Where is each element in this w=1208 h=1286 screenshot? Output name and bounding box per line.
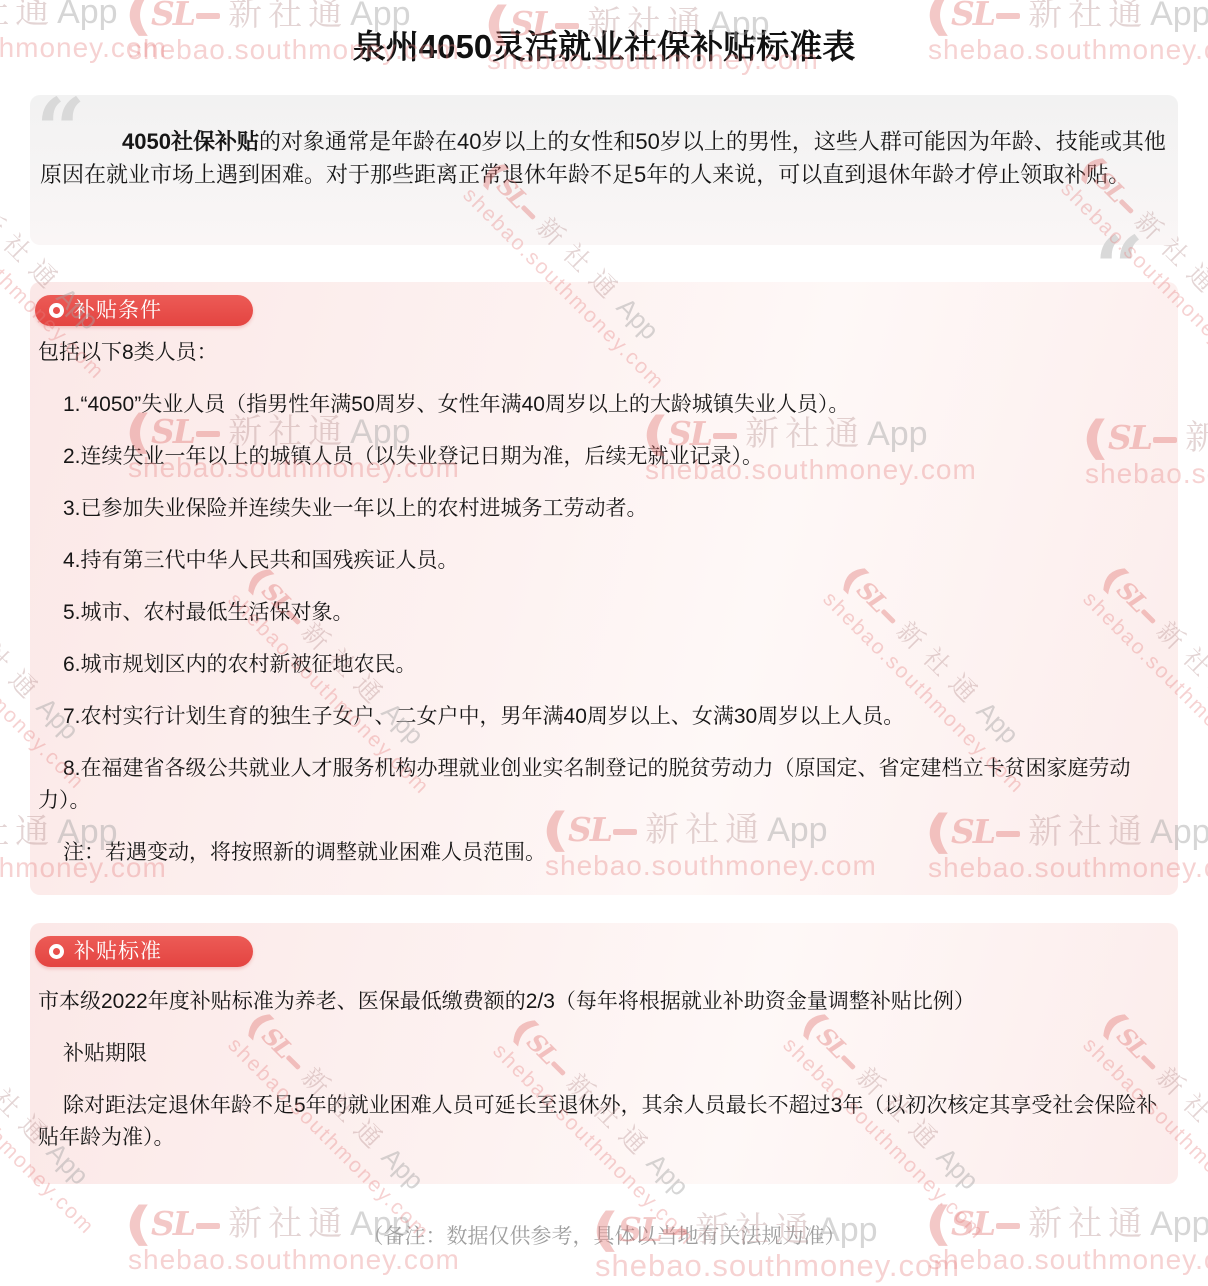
ring-bullet-icon [49,303,64,318]
condition-item-4: 4.持有第三代中华人民共和国残疾证人员。 [38,545,1170,577]
conditions-lead: 包括以下8类人员： [38,337,1170,369]
page-title: 泉州4050灵活就业社保补贴标准表 [0,24,1208,70]
condition-item-1: 1.“4050”失业人员（指男性年满50周岁、女性年满40周岁以上的大龄城镇失业… [38,389,1170,421]
sl-logo-icon [996,13,1020,19]
intro-lead: 4050社保补贴 [122,129,259,154]
condition-item-6: 6.城市规划区内的农村新被征地农民。 [38,649,1170,681]
standard-text: 市本级2022年度补贴标准为养老、医保最低缴费额的2/3（每年将根据就业补助资金… [38,986,1170,1018]
condition-item-2: 2.连续失业一年以上的城镇人员（以失业登记日期为准，后续无就业记录）。 [38,441,1170,473]
term-text: 除对距法定退休年龄不足5年的就业困难人员可延长至退休外，其余人员最长不超过3年（… [38,1090,1170,1154]
section-badge-label: 补贴标准 [74,936,162,967]
section-subsidy-standard: 补贴标准 市本级2022年度补贴标准为养老、医保最低缴费额的2/3（每年将根据就… [30,923,1178,1184]
watermark-domain-text: shebao.southmoney.com [595,1251,960,1281]
document-content: 泉州4050灵活就业社保补贴标准表 “ 4050社保补贴的对象通常是年龄在40岁… [0,24,1208,1250]
section-badge-label: 补贴条件 [74,295,162,326]
sl-logo-icon [196,13,220,19]
section-badge-conditions: 补贴条件 [35,295,253,326]
footer-note: （备注：数据仅供参考，具体以当地有关法规为准） [0,1220,1208,1250]
section-badge-standard: 补贴标准 [35,936,253,967]
section-subsidy-conditions: 补贴条件 包括以下8类人员： 1.“4050”失业人员（指男性年满50周岁、女性… [30,282,1178,895]
intro-quote-box: “ 4050社保补贴的对象通常是年龄在40岁以上的女性和50岁以上的男性，这些人… [30,95,1178,245]
condition-item-3: 3.已参加失业保险并连续失业一年以上的农村进城务工劳动者。 [38,493,1170,525]
intro-paragraph: 4050社保补贴的对象通常是年龄在40岁以上的女性和50岁以上的男性，这些人群可… [40,125,1166,191]
condition-item-8: 8.在福建省各级公共就业人才服务机构办理就业创业实名制登记的脱贫劳动力（原国定、… [38,753,1170,817]
condition-item-7: 7.农村实行计划生育的独生子女户、二女户中，男年满40周岁以上、女满30周岁以上… [38,701,1170,733]
ring-bullet-icon [49,944,64,959]
condition-item-5: 5.城市、农村最低生活保对象。 [38,597,1170,629]
term-title: 补贴期限 [38,1038,1170,1070]
conditions-note: 注：若遇变动，将按照新的调整就业困难人员范围。 [38,837,1170,869]
document-page: (SL新社通Appshebao.southmoney.com(SL新社通Apps… [0,0,1208,1286]
